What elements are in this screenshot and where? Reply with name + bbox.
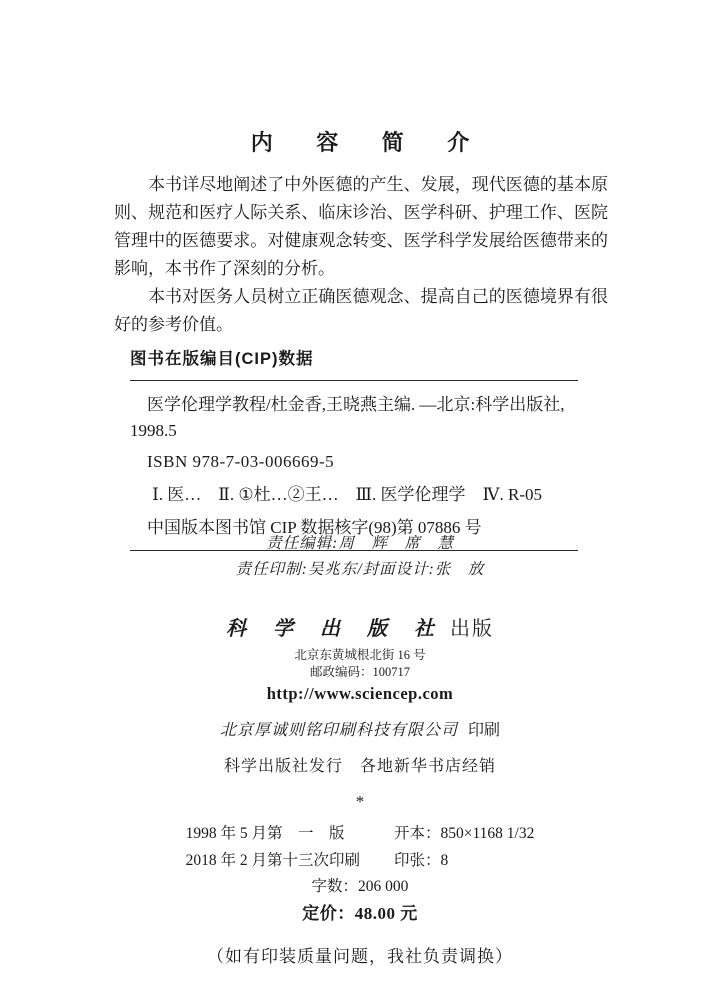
book-copyright-page: 内 容 简 介 本书详尽地阐述了中外医德的产生、发展，现代医德的基本原则、规范和… [0, 0, 720, 1000]
cip-block: 图书在版编目(CIP)数据 医学伦理学教程/杜金香,王晓燕主编. —北京:科学出… [130, 346, 578, 551]
print-spec-grid: 1998 年 5 月第 一 版 开本：850×1168 1/32 2018 年 … [186, 822, 535, 873]
format-line: 开本：850×1168 1/32 [394, 822, 534, 846]
printing-line: 2018 年 2 月第十三次印刷 [186, 849, 360, 873]
intro-heading: 内 容 简 介 [0, 126, 720, 157]
quality-notice: （如有印装质量问题，我社负责调换） [0, 945, 720, 969]
colophon-block: 科 学 出 版 社 出版 北京东黄城根北街 16 号 邮政编码：100717 h… [0, 616, 720, 969]
printer-line: 北京厚诚则铭印刷科技有限公司 印刷 [0, 719, 720, 743]
word-count-line: 字数：206 000 [0, 875, 720, 899]
intro-paragraph-1: 本书详尽地阐述了中外医德的产生、发展，现代医德的基本原则、规范和医疗人际关系、临… [114, 171, 608, 283]
cip-top-rule [130, 380, 578, 381]
intro-paragraph-2: 本书对医务人员树立正确医德观念、提高自己的医德境界有很好的参考价值。 [114, 283, 608, 339]
sheets-line: 印张：8 [394, 849, 534, 873]
cip-year-line: 1998.5 [130, 418, 578, 444]
distribution-line: 科学出版社发行 各地新华书店经销 [0, 755, 720, 779]
cip-heading: 图书在版编目(CIP)数据 [130, 346, 578, 372]
publisher-website: http://www.sciencep.com [0, 683, 720, 705]
publisher-address: 北京东黄城根北街 16 号 [0, 647, 720, 664]
publisher-suffix: 出版 [450, 618, 494, 640]
publisher-name: 科 学 出 版 社 [226, 618, 445, 640]
price-line: 定价：48.00 元 [0, 901, 720, 927]
intro-text: 本书详尽地阐述了中外医德的产生、发展，现代医德的基本原则、规范和医疗人际关系、临… [114, 171, 608, 339]
edition-line: 1998 年 5 月第 一 版 [186, 822, 360, 846]
print-design-credit-line: 责任印制:吴兆东/封面设计:张 放 [0, 557, 720, 583]
publisher-line: 科 学 出 版 社 出版 [0, 616, 720, 642]
cip-title-line: 医学伦理学教程/杜金香,王晓燕主编. —北京:科学出版社, [130, 392, 578, 418]
cip-isbn: ISBN 978-7-03-006669-5 [130, 449, 578, 475]
editor-credit-line: 责任编辑:周 辉 席 慧 [0, 531, 720, 557]
publisher-postcode: 邮政编码：100717 [0, 664, 720, 681]
printer-suffix: 印刷 [468, 722, 500, 739]
printer-name: 北京厚诚则铭印刷科技有限公司 [220, 722, 458, 739]
credits-block: 责任编辑:周 辉 席 慧 责任印制:吴兆东/封面设计:张 放 [0, 531, 720, 583]
cip-classification: Ⅰ. 医… Ⅱ. ①杜…②王… Ⅲ. 医学伦理学 Ⅳ. R-05 [130, 482, 578, 508]
star-separator: * [0, 792, 720, 812]
